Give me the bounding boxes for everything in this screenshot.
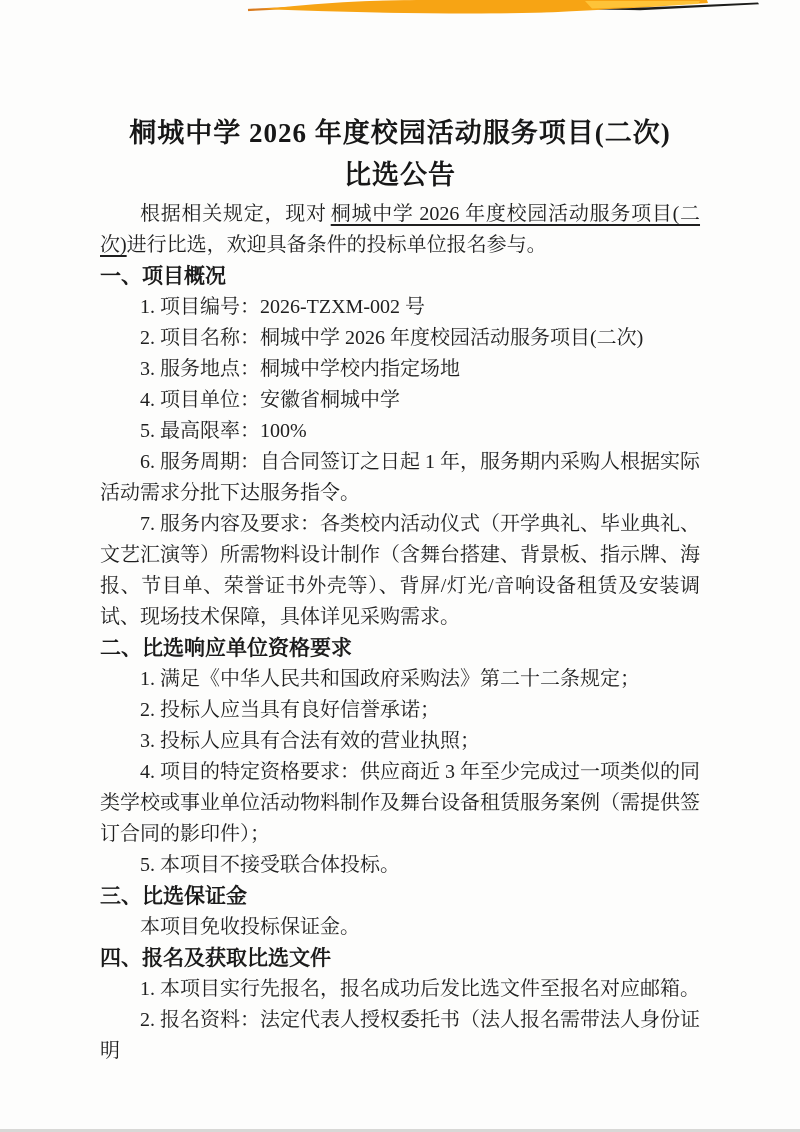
doc-line: 4. 项目单位：安徽省桐城中学 [100, 385, 700, 416]
intro-suffix: 进行比选，欢迎具备条件的投标单位报名参与。 [127, 234, 547, 256]
doc-line: 1. 项目编号：2026-TZXM-002 号 [100, 292, 700, 323]
section-heading-2: 二、比选响应单位资格要求 [100, 633, 700, 664]
doc-line: 3. 服务地点：桐城中学校内指定场地 [100, 354, 700, 385]
doc-line: 2. 投标人应当具有良好信誉承诺； [100, 695, 700, 726]
folder-edge-lead-line [248, 6, 338, 11]
doc-line: 1. 满足《中华人民共和国政府采购法》第二十二条规定； [100, 664, 700, 695]
doc-line: 5. 最高限率：100% [100, 416, 700, 447]
intro-paragraph: 根据相关规定，现对桐城中学 2026 年度校园活动服务项目(二次)进行比选，欢迎… [100, 199, 700, 261]
doc-line: 2. 报名资料：法定代表人授权委托书（法人报名需带法人身份证明 [100, 1005, 700, 1067]
document-title-line2: 比选公告 [100, 154, 700, 196]
folder-edge-black-streak [598, 3, 759, 11]
doc-line: 3. 投标人应具有合法有效的营业执照； [100, 726, 700, 757]
section-heading-1: 一、项目概况 [100, 261, 700, 292]
doc-line: 5. 本项目不接受联合体投标。 [100, 850, 700, 881]
section-heading-4: 四、报名及获取比选文件 [100, 943, 700, 974]
section-heading-3: 三、比选保证金 [100, 881, 700, 912]
doc-line: 7. 服务内容及要求：各类校内活动仪式（开学典礼、毕业典礼、文艺汇演等）所需物料… [100, 509, 700, 633]
folder-edge-band [262, 0, 708, 13]
announcement-body: 桐城中学 2026 年度校园活动服务项目(二次) 比选公告 根据相关规定，现对桐… [100, 112, 700, 1067]
intro-prefix: 根据相关规定，现对 [140, 203, 327, 225]
scanned-document-page: 桐城中学 2026 年度校园活动服务项目(二次) 比选公告 根据相关规定，现对桐… [0, 0, 800, 1132]
doc-line: 1. 本项目实行先报名，报名成功后发比选文件至报名对应邮箱。 [100, 974, 700, 1005]
document-title-line1: 桐城中学 2026 年度校园活动服务项目(二次) [100, 112, 700, 154]
orange-folder-edge [0, 0, 800, 22]
folder-edge-highlight [585, 1, 700, 9]
doc-line: 本项目免收投标保证金。 [100, 912, 700, 943]
doc-line: 2. 项目名称：桐城中学 2026 年度校园活动服务项目(二次) [100, 323, 700, 354]
doc-line: 4. 项目的特定资格要求：供应商近 3 年至少完成过一项类似的同类学校或事业单位… [100, 757, 700, 850]
doc-line: 6. 服务周期：自合同签订之日起 1 年，服务期内采购人根据实际活动需求分批下达… [100, 447, 700, 509]
